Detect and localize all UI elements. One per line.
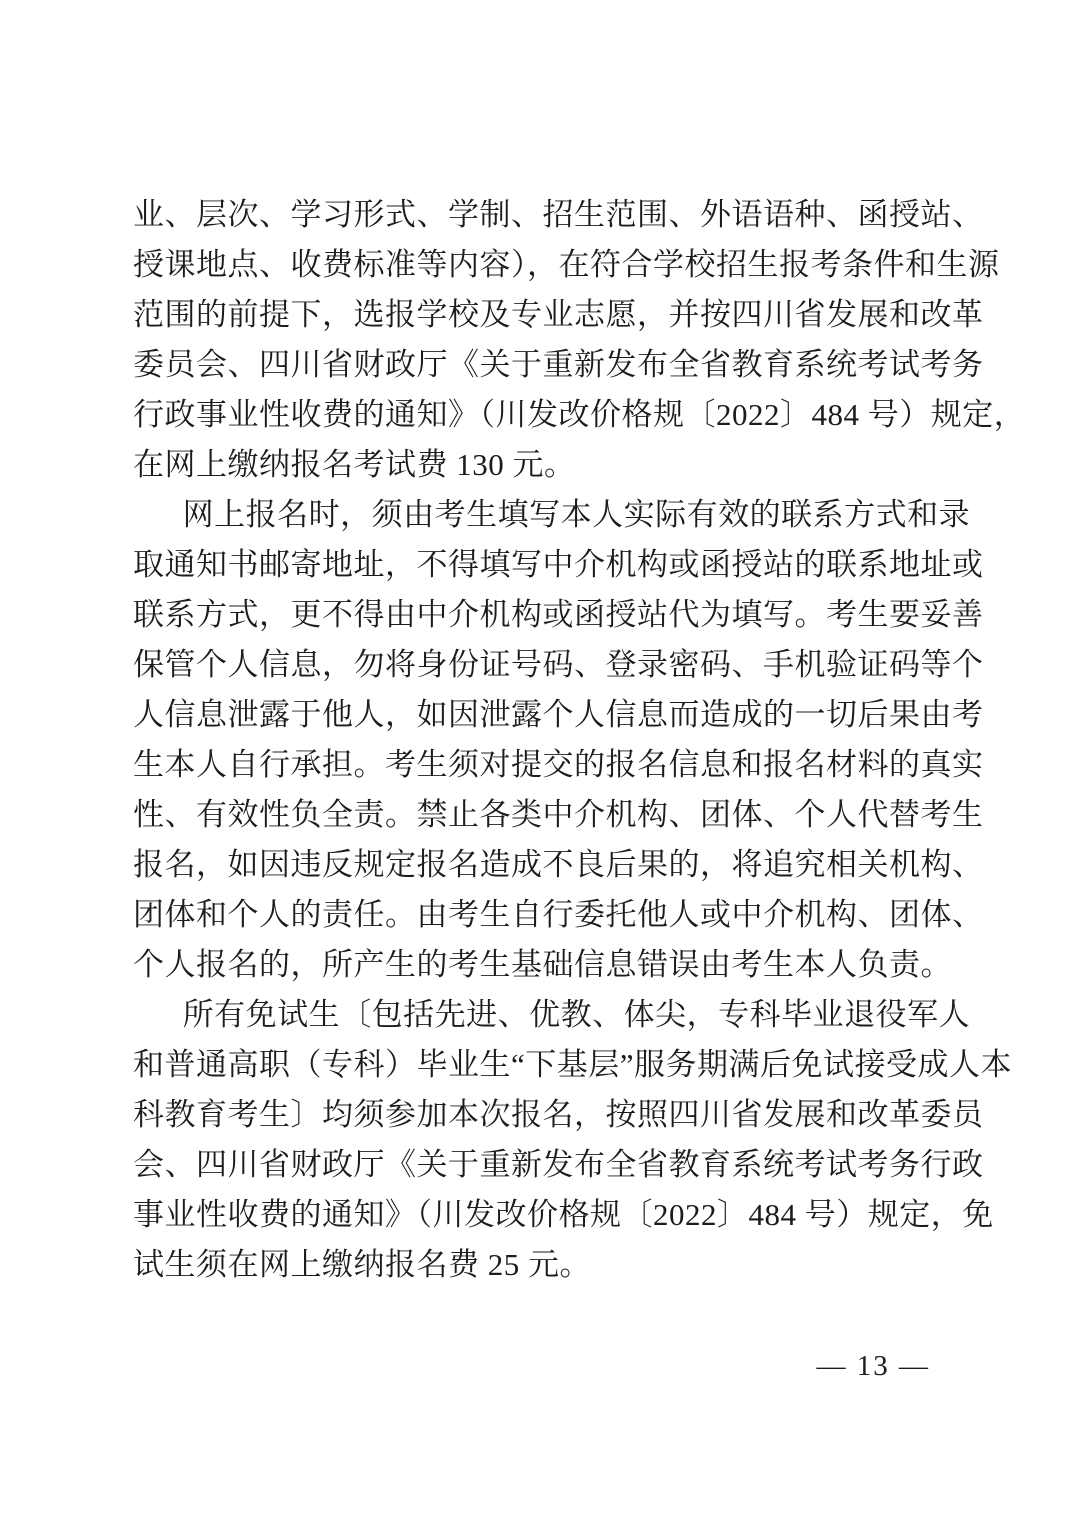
page-number: — 13 — [817, 1348, 931, 1384]
text-line: 行政事业性收费的通知》（川发改价格规〔2022〕484 号）规定， [133, 390, 949, 440]
text-line: 所有免试生〔包括先进、优教、体尖，专科毕业退役军人 [133, 990, 949, 1040]
text-line: 保管个人信息，勿将身份证号码、登录密码、手机验证码等个 [133, 640, 949, 690]
text-line: 授课地点、收费标准等内容），在符合学校招生报考条件和生源 [133, 240, 949, 290]
text-line: 个人报名的，所产生的考生基础信息错误由考生本人负责。 [133, 940, 949, 990]
text-line: 在网上缴纳报名考试费 130 元。 [133, 440, 949, 490]
text-line: 性、有效性负全责。禁止各类中介机构、团体、个人代替考生 [133, 790, 949, 840]
text-line: 网上报名时，须由考生填写本人实际有效的联系方式和录 [133, 490, 949, 540]
text-line: 会、四川省财政厅《关于重新发布全省教育系统考试考务行政 [133, 1140, 949, 1190]
paragraph-exemption-students: 所有免试生〔包括先进、优教、体尖，专科毕业退役军人 和普通高职（专科）毕业生“下… [133, 990, 949, 1290]
text-line: 联系方式，更不得由中介机构或函授站代为填写。考生要妥善 [133, 590, 949, 640]
text-line: 范围的前提下，选报学校及专业志愿，并按四川省发展和改革 [133, 290, 949, 340]
paragraph-fees: 业、层次、学习形式、学制、招生范围、外语语种、函授站、 授课地点、收费标准等内容… [133, 190, 949, 490]
text-line: 业、层次、学习形式、学制、招生范围、外语语种、函授站、 [133, 190, 949, 240]
text-line: 试生须在网上缴纳报名费 25 元。 [133, 1240, 949, 1290]
text-line: 事业性收费的通知》（川发改价格规〔2022〕484 号）规定，免 [133, 1190, 949, 1240]
text-line: 报名，如因违反规定报名造成不良后果的，将追究相关机构、 [133, 840, 949, 890]
text-line: 取通知书邮寄地址，不得填写中介机构或函授站的联系地址或 [133, 540, 949, 590]
text-line: 团体和个人的责任。由考生自行委托他人或中介机构、团体、 [133, 890, 949, 940]
text-line: 人信息泄露于他人，如因泄露个人信息而造成的一切后果由考 [133, 690, 949, 740]
text-line: 委员会、四川省财政厅《关于重新发布全省教育系统考试考务 [133, 340, 949, 390]
document-body: 业、层次、学习形式、学制、招生范围、外语语种、函授站、 授课地点、收费标准等内容… [133, 190, 949, 1290]
text-line: 科教育考生〕均须参加本次报名，按照四川省发展和改革委员 [133, 1090, 949, 1140]
text-line: 和普通高职（专科）毕业生“下基层”服务期满后免试接受成人本 [133, 1040, 949, 1090]
paragraph-online-registration: 网上报名时，须由考生填写本人实际有效的联系方式和录 取通知书邮寄地址，不得填写中… [133, 490, 949, 990]
document-page: 业、层次、学习形式、学制、招生范围、外语语种、函授站、 授课地点、收费标准等内容… [0, 0, 1080, 1527]
text-line: 生本人自行承担。考生须对提交的报名信息和报名材料的真实 [133, 740, 949, 790]
